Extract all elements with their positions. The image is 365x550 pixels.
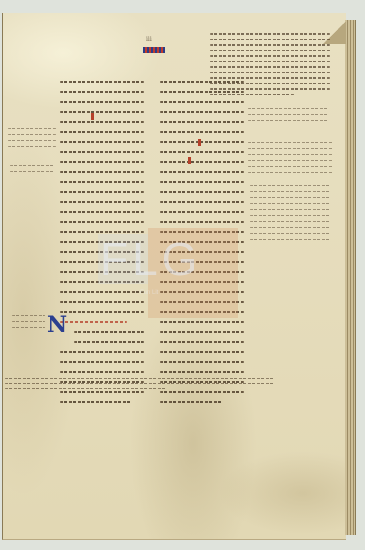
left-margin-gloss: [12, 315, 45, 333]
running-header-mark: [143, 47, 165, 53]
page-edges: [345, 20, 356, 535]
right-margin-gloss: [250, 185, 330, 245]
right-margin-gloss: [248, 108, 328, 126]
watermark-caption: Fun Lit: [140, 290, 158, 297]
watermark-logo: FLG: [100, 232, 201, 286]
right-margin-gloss: [248, 142, 333, 178]
rubric-mark: [188, 157, 191, 164]
left-margin-gloss: [10, 165, 55, 177]
rubric-mark: [198, 139, 201, 146]
decorated-initial: N: [47, 312, 67, 338]
rubric-mark: [91, 113, 94, 120]
bottom-gloss: [5, 378, 275, 393]
folio-number: iii: [146, 36, 152, 43]
left-margin-gloss: [8, 128, 56, 152]
